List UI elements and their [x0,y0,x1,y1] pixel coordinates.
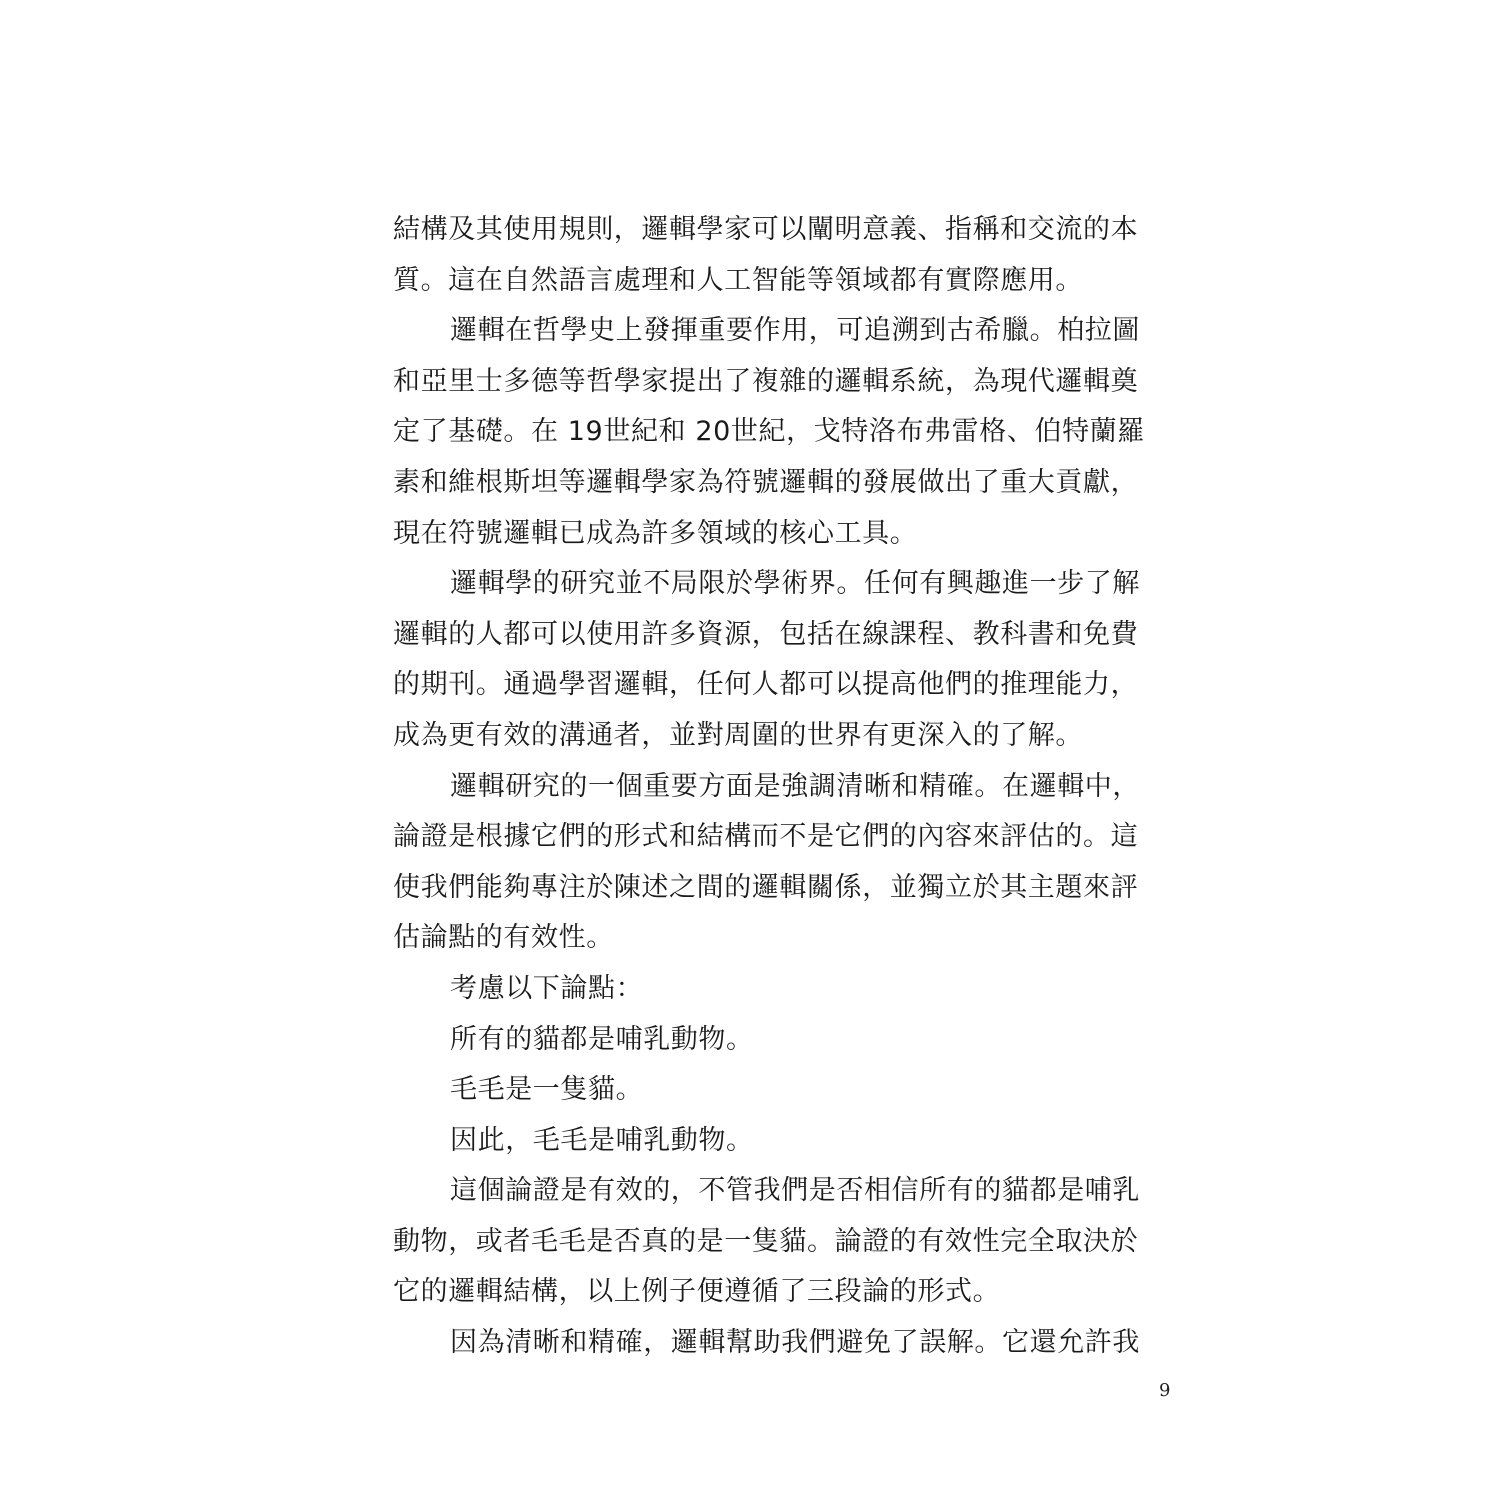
text-line: 估論點的有效性。 [393,913,1109,964]
premise-major: 所有的貓都是哺乳動物。 [393,1015,1109,1066]
paragraph-first-line: 邏輯研究的一個重要方面是強調清晰和精確。在邏輯中， [393,762,1109,813]
text-line: 論證是根據它們的形式和結構而不是它們的內容來評估的。這 [393,812,1109,863]
text-line: 和亞里士多德等哲學家提出了複雜的邏輯系統，為現代邏輯奠 [393,357,1109,408]
paragraph-first-line: 這個論證是有效的，不管我們是否相信所有的貓都是哺乳 [393,1166,1109,1217]
text-line: 動物，或者毛毛是否真的是一隻貓。論證的有效性完全取決於 [393,1217,1109,1268]
conclusion: 因此，毛毛是哺乳動物。 [393,1116,1109,1167]
text-line: 成為更有效的溝通者，並對周圍的世界有更深入的了解。 [393,711,1109,762]
text-line: 它的邏輯結構，以上例子便遵循了三段論的形式。 [393,1267,1109,1318]
text-line: 定了基礎。在 19世紀和 20世紀，戈特洛布弗雷格、伯特蘭羅 [393,407,1109,458]
text-line: 結構及其使用規則，邏輯學家可以闡明意義、指稱和交流的本 [393,205,1109,256]
premise-minor: 毛毛是一隻貓。 [393,1065,1109,1116]
text-line: 的期刊。通過學習邏輯，任何人都可以提高他們的推理能力， [393,660,1109,711]
page-number: 9 [1159,1380,1170,1401]
argument-intro: 考慮以下論點： [393,964,1109,1015]
text-line: 素和維根斯坦等邏輯學家為符號邏輯的發展做出了重大貢獻， [393,458,1109,509]
paragraph-first-line: 因為清晰和精確，邏輯幫助我們避免了誤解。它還允許我 [393,1318,1109,1369]
document-page: 結構及其使用規則，邏輯學家可以闡明意義、指稱和交流的本 質。這在自然語言處理和人… [0,0,1500,1500]
text-line: 現在符號邏輯已成為許多領域的核心工具。 [393,509,1109,560]
text-line: 使我們能夠專注於陳述之間的邏輯關係，並獨立於其主題來評 [393,863,1109,914]
paragraph-first-line: 邏輯學的研究並不局限於學術界。任何有興趣進一步了解 [393,559,1109,610]
paragraph-first-line: 邏輯在哲學史上發揮重要作用，可追溯到古希臘。柏拉圖 [393,306,1109,357]
text-line: 質。這在自然語言處理和人工智能等領域都有實際應用。 [393,256,1109,307]
body-text: 結構及其使用規則，邏輯學家可以闡明意義、指稱和交流的本 質。這在自然語言處理和人… [393,205,1109,1369]
text-line: 邏輯的人都可以使用許多資源，包括在線課程、教科書和免費 [393,610,1109,661]
